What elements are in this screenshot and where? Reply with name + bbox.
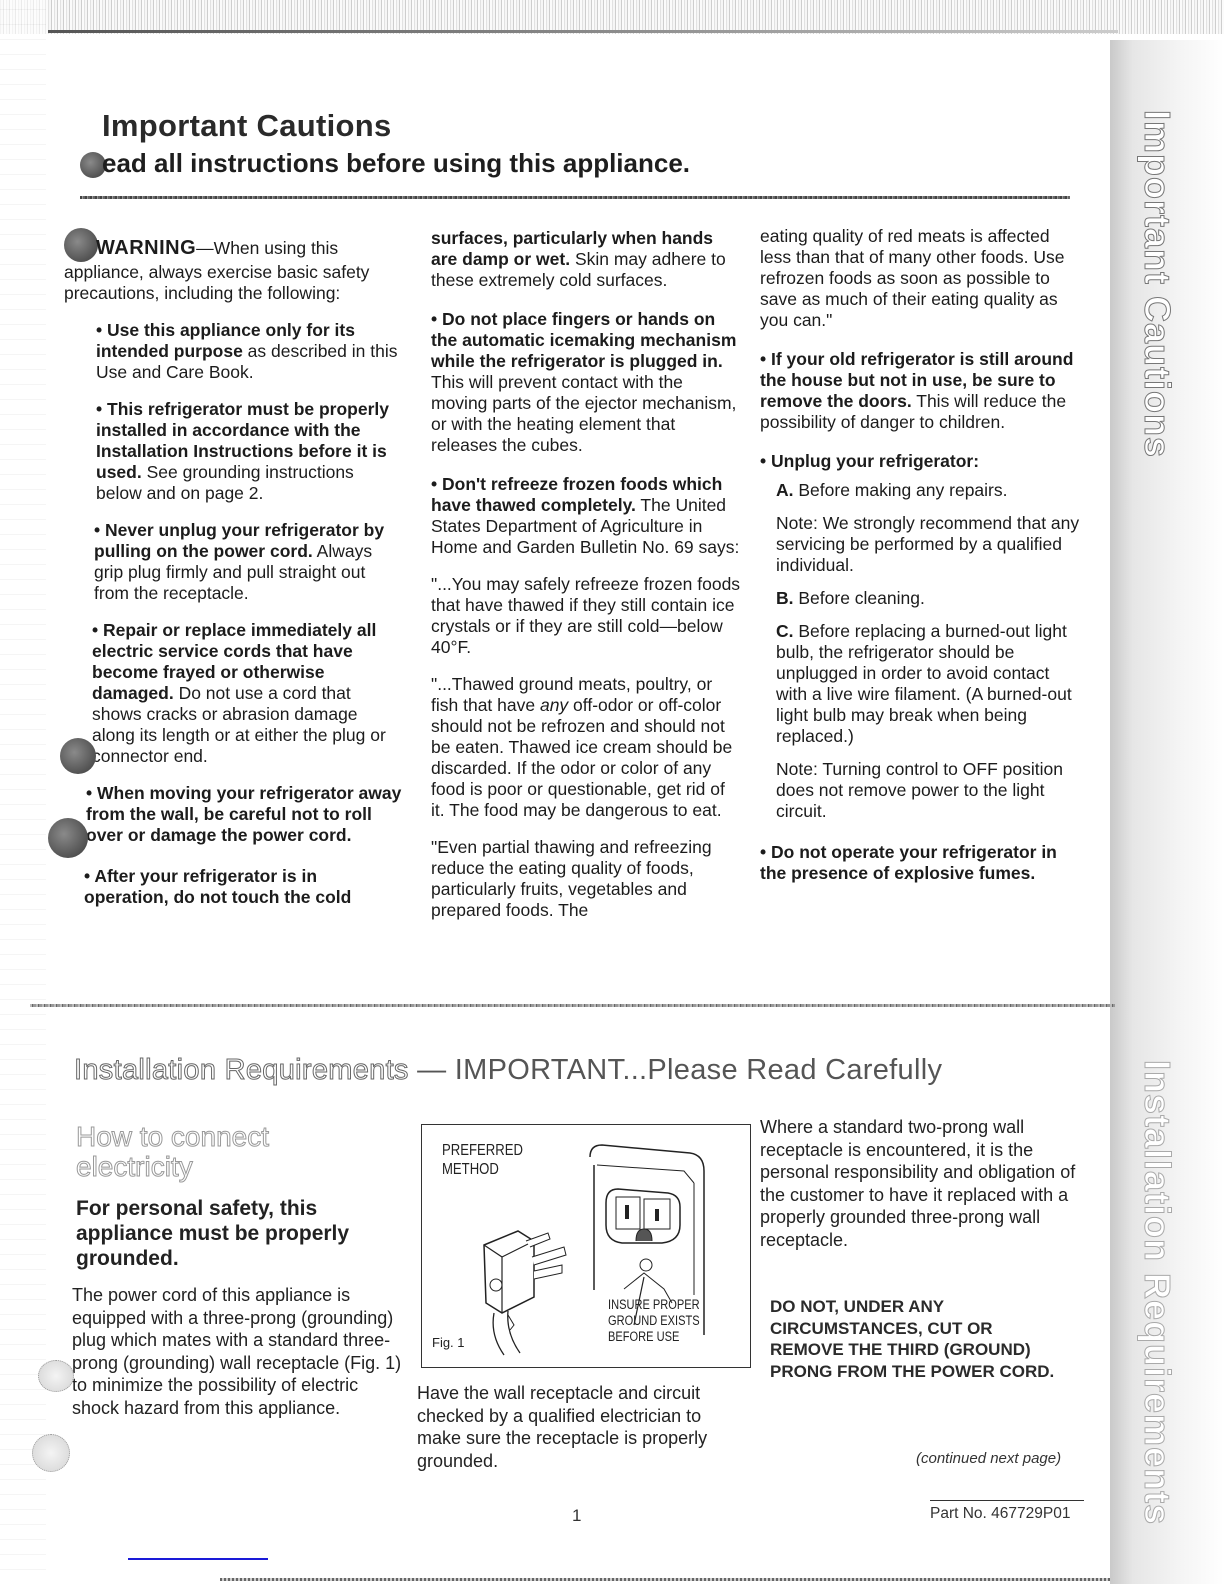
grounding-safety-heading: For personal safety, this appliance must… [76, 1196, 376, 1271]
usda-quote-continued: eating quality of red meats is affected … [760, 226, 1080, 331]
title-divider [80, 196, 1070, 199]
subtitle-text: ead all instructions before using this a… [102, 148, 690, 178]
receptacle-check-text: Have the wall receptacle and circuit che… [417, 1382, 717, 1472]
usda-quote-2: "...Thawed ground meats, poultry, or fis… [431, 674, 741, 821]
scan-artifact-bottom [220, 1578, 1110, 1581]
scan-edge-line [48, 30, 1118, 33]
caution-item: Repair or replace immediately all electr… [64, 620, 404, 767]
unplug-item-b: B. Before cleaning. [760, 588, 1080, 609]
section-divider [30, 1004, 1115, 1007]
part-number-rule [930, 1500, 1084, 1501]
binder-hole-icon [32, 1434, 70, 1472]
cautions-column-1: WARNING—When using this appliance, alway… [64, 228, 404, 924]
usda-quote-3: "Even partial thawing and refreezing red… [431, 837, 741, 921]
servicing-note: Note: We strongly recommend that any ser… [760, 513, 1080, 576]
caution-item-doors: If your old refrigerator is still around… [760, 349, 1080, 433]
binder-hole-icon [48, 818, 88, 858]
cautions-column-2: surfaces, particularly when hands are da… [431, 228, 741, 937]
caution-item: Never unplug your refrigerator by pullin… [64, 520, 404, 604]
figure-number: Fig. 1 [432, 1335, 465, 1350]
side-tab-label-cautions: Important Cautions [1136, 110, 1178, 458]
ground-callout: INSURE PROPER GROUND EXISTS BEFORE USE [608, 1297, 700, 1345]
unplug-heading: Unplug your refrigerator: [760, 451, 1080, 472]
unplug-item-a: A. Before making any repairs. [760, 480, 1080, 501]
caution-item: Use this appliance only for its intended… [64, 320, 404, 383]
binder-hole-icon [64, 228, 98, 262]
binder-hole-icon [60, 738, 96, 774]
figure-preferred-method: PREFERRED METHOD INSURE PROPER GROUND EX… [421, 1124, 751, 1368]
two-prong-receptacle-text: Where a standard two-prong wall receptac… [760, 1116, 1080, 1251]
caution-item-icemaker: Do not place fingers or hands on the aut… [431, 309, 741, 456]
unplug-item-c: C. Before replacing a burned-out light b… [760, 621, 1080, 747]
continued-note: (continued next page) [916, 1450, 1061, 1467]
binder-hole-icon [38, 1360, 74, 1392]
caution-item: After your refrigerator is in operation,… [64, 866, 404, 908]
scan-artifact-top [0, 0, 1224, 34]
page-number: 1 [572, 1506, 581, 1526]
cautions-column-3: eating quality of red meats is affected … [760, 226, 1080, 900]
warning-heading: WARNING [96, 237, 196, 259]
scan-artifact-left [0, 0, 46, 1584]
caution-item: When moving your refrigerator away from … [64, 783, 404, 846]
page-subtitle: ead all instructions before using this a… [80, 148, 690, 179]
installation-section-title: Installation Requirements — IMPORTANT...… [74, 1054, 942, 1087]
grounding-plug-text: The power cord of this appliance is equi… [72, 1284, 402, 1419]
caution-continued: surfaces, particularly when hands are da… [431, 228, 741, 291]
connect-electricity-subhead: How to connect electricity [76, 1122, 269, 1182]
plug-and-receptacle-illustration [422, 1125, 750, 1367]
light-circuit-note: Note: Turning control to OFF position do… [760, 759, 1080, 822]
caution-item-refreeze: Don't refreeze frozen foods which have t… [431, 474, 741, 558]
part-number: Part No. 467729P01 [930, 1505, 1070, 1523]
page-title: Important Cautions [102, 108, 392, 144]
usda-quote-1: "...You may safely refreeze frozen foods… [431, 574, 741, 658]
caution-item: This refrigerator must be properly insta… [64, 399, 404, 504]
side-tab-label-installation: Installation Requirements [1136, 1060, 1178, 1525]
blue-underline-mark [128, 1558, 268, 1560]
ground-prong-warning: DO NOT, UNDER ANY CIRCUMSTANCES, CUT OR … [770, 1296, 1070, 1382]
caution-item-fumes: Do not operate your refrigerator in the … [760, 842, 1080, 884]
